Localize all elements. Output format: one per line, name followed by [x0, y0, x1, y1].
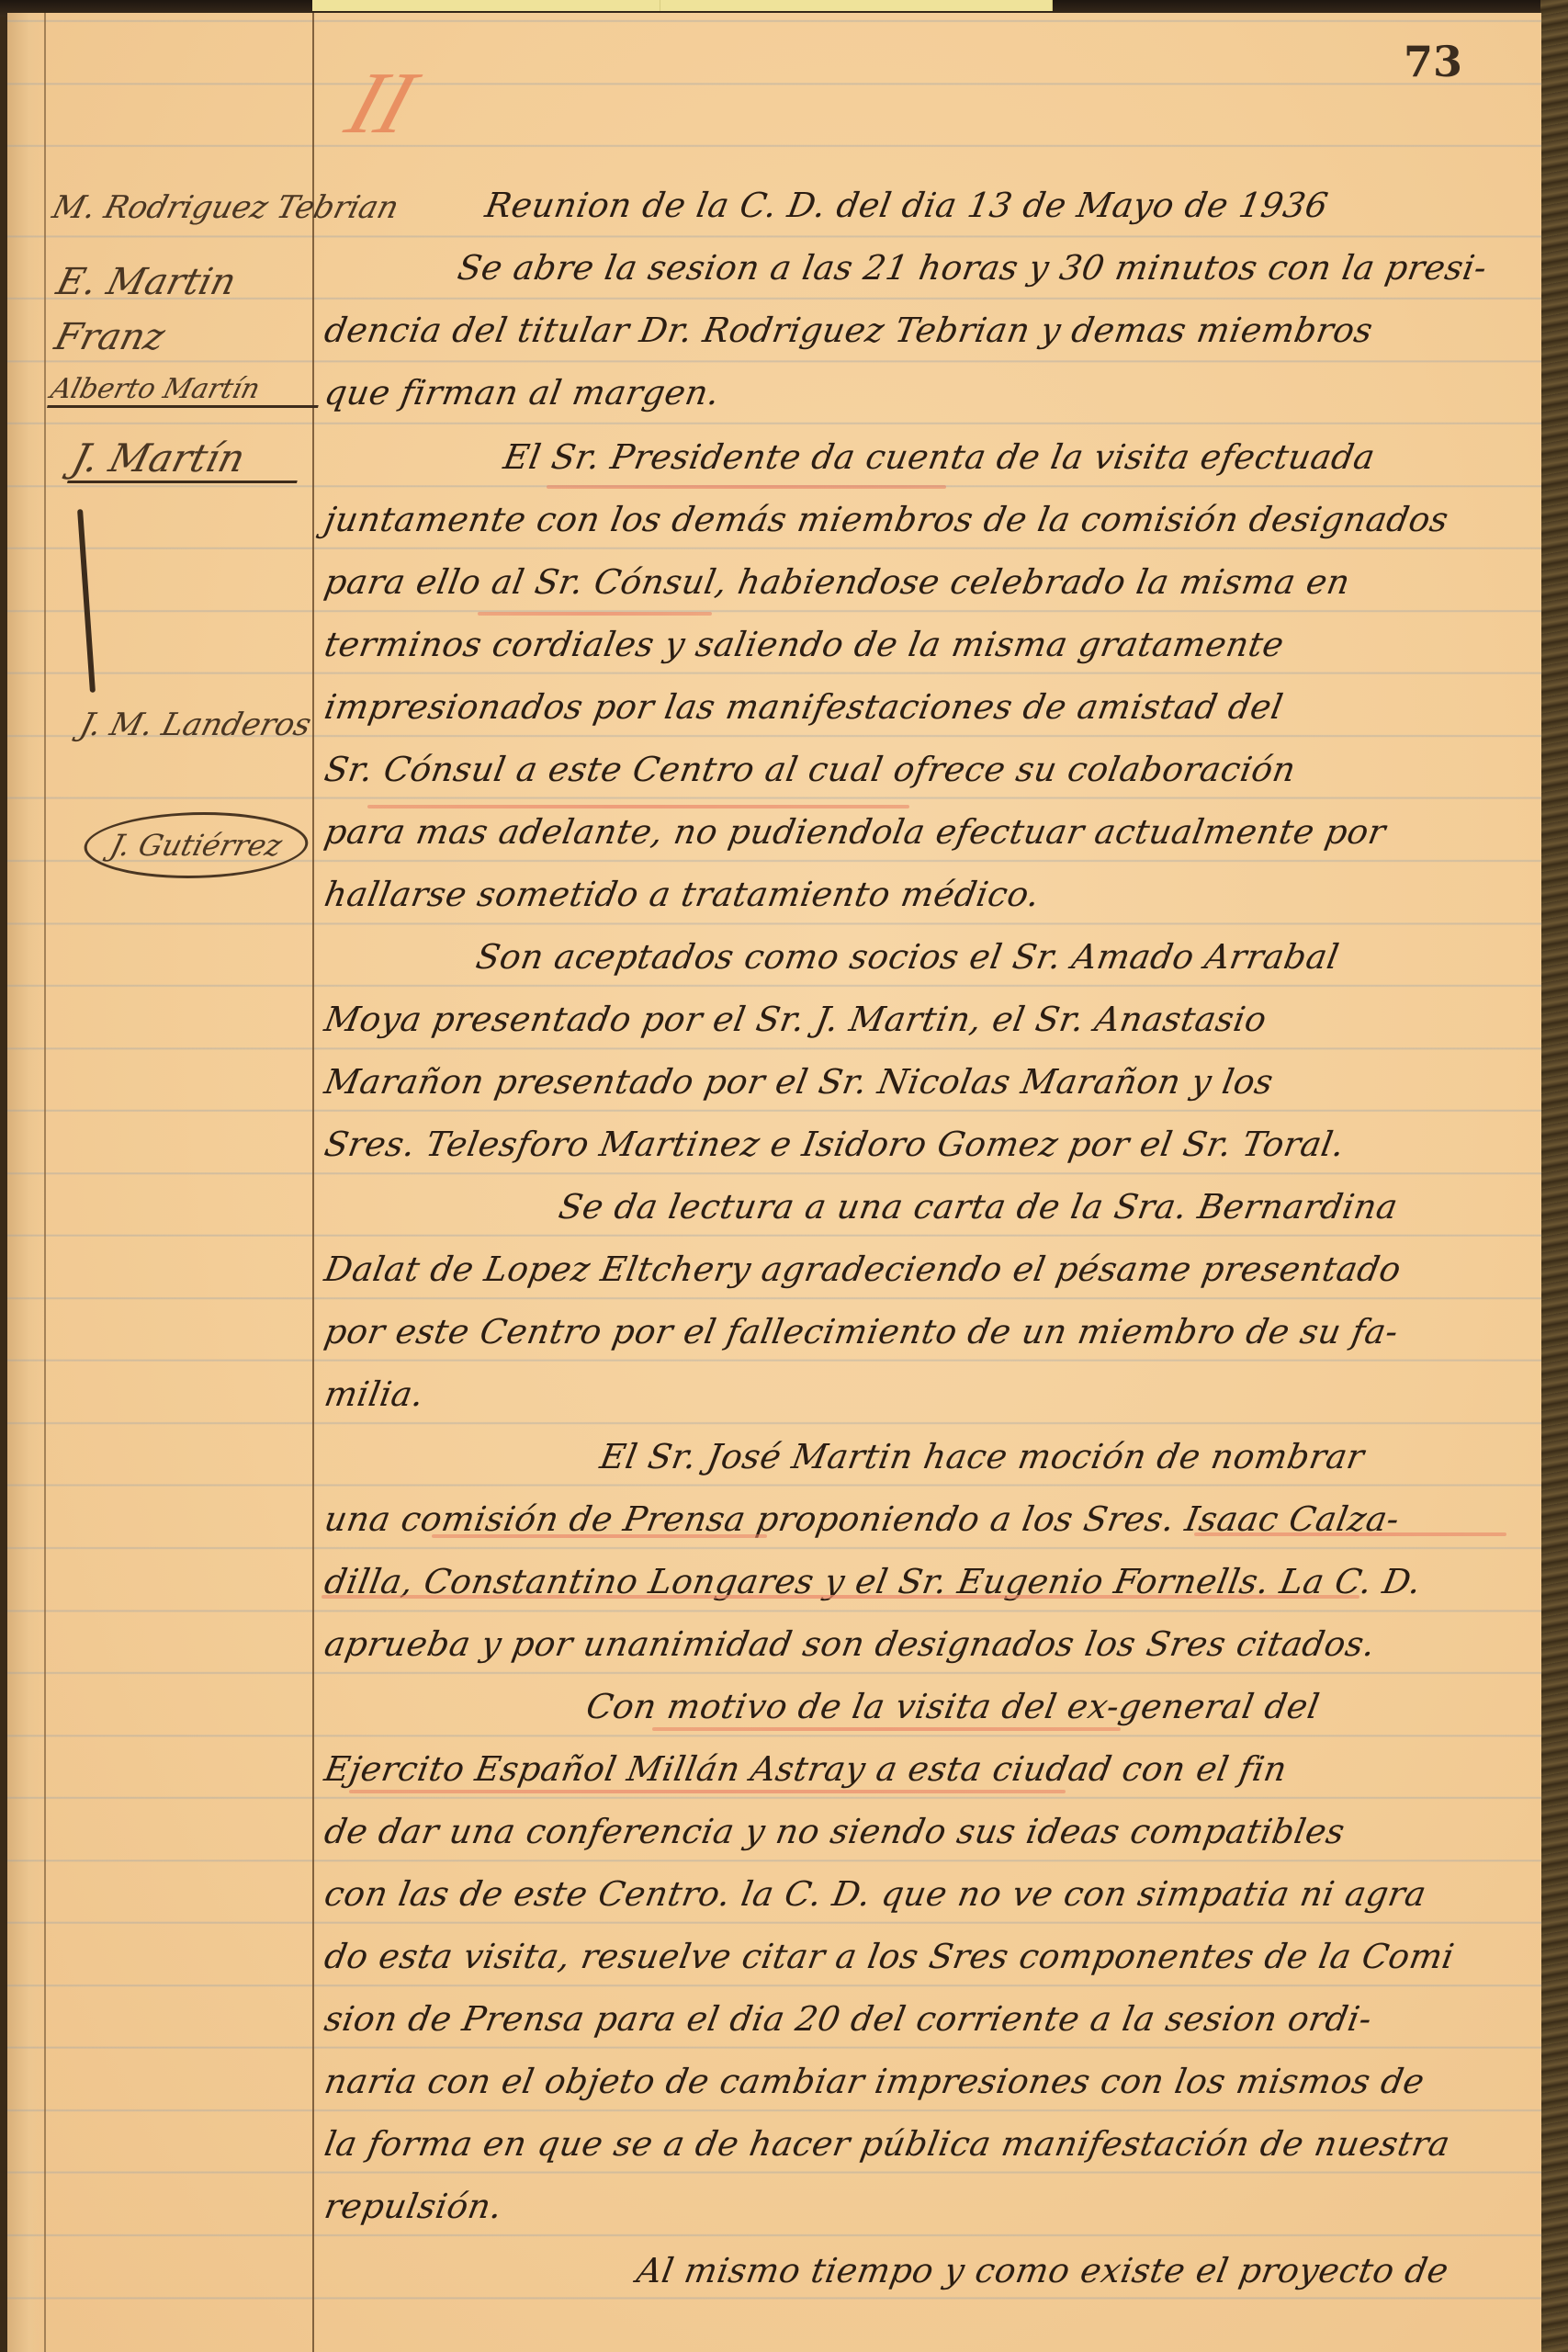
signature: J. M. Landeros — [76, 707, 315, 743]
minutes-line: naria con el objeto de cambiar impresion… — [321, 2062, 1427, 2101]
red-underline — [367, 805, 909, 808]
signature: E. Martin — [52, 261, 241, 303]
page-number: 73 — [1404, 37, 1462, 86]
minutes-line: Sr. Cónsul a este Centro al cual ofrece … — [321, 750, 1299, 789]
red-underline — [547, 485, 946, 489]
minutes-line: El Sr. Presidente da cuenta de la visita… — [501, 437, 1378, 477]
page-tab-left — [312, 0, 660, 11]
minutes-line: El Sr. José Martin hace moción de nombra… — [597, 1437, 1368, 1476]
red-underline — [349, 1790, 1066, 1793]
red-underline — [432, 1534, 767, 1538]
minutes-line: repulsión. — [321, 2187, 505, 2226]
minutes-line: Marañon presentado por el Sr. Nicolas Ma… — [321, 1062, 1277, 1102]
minutes-line: Se abre la sesion a las 21 horas y 30 mi… — [455, 248, 1490, 288]
minutes-line: la forma en que se a de hacer pública ma… — [321, 2124, 1453, 2164]
red-underline — [652, 1727, 1121, 1731]
red-underline — [1194, 1532, 1506, 1536]
minutes-line: de dar una conferencia y no siendo sus i… — [321, 1812, 1348, 1851]
minutes-line: Se da lectura a una carta de la Sra. Ber… — [556, 1187, 1401, 1227]
minutes-line: aprueba y por unanimidad son designados … — [321, 1624, 1379, 1664]
minutes-line: Ejercito Español Millán Astray a esta ci… — [321, 1749, 1290, 1789]
minutes-line: hallarse sometido a tratamiento médico. — [321, 875, 1043, 914]
signature: J. Martín — [67, 435, 309, 483]
minutes-line: con las de este Centro. la C. D. que no … — [321, 1874, 1429, 1914]
minutes-line: que firman al margen. — [321, 373, 723, 413]
signature: Alberto Martín — [47, 373, 326, 408]
minutes-line: juntamente con los demás miembros de la … — [321, 500, 1451, 539]
minutes-line: Sres. Telesforo Martinez e Isidoro Gomez… — [321, 1125, 1348, 1164]
book-binding-edge — [1540, 0, 1568, 2352]
minutes-line: sion de Prensa para el dia 20 del corrie… — [321, 1999, 1375, 2039]
minutes-line: Son aceptados como socios el Sr. Amado A… — [473, 937, 1342, 977]
page-tab-right — [660, 0, 1053, 11]
minutes-line: Dalat de Lopez Eltchery agradeciendo el … — [321, 1249, 1404, 1289]
minutes-line: Al mismo tiempo y como existe el proyect… — [634, 2251, 1451, 2290]
minutes-line: por este Centro por el fallecimiento de … — [321, 1312, 1402, 1351]
minutes-line: para ello al Sr. Cónsul, habiendose cele… — [321, 562, 1353, 602]
minutes-line: impresionados por las manifestaciones de… — [321, 687, 1286, 727]
minutes-line: do esta visita, resuelve citar a los Sre… — [321, 1937, 1457, 1976]
minutes-line: dencia del titular Dr. Rodriguez Tebrian… — [321, 311, 1376, 350]
signature: M. Rodriguez Tebrian — [49, 189, 402, 226]
ledger-page: 73 II M. Rodriguez Tebrian E. Martin Fra… — [7, 13, 1541, 2352]
minutes-line: milia. — [321, 1374, 427, 1414]
margin-rule-line — [312, 13, 314, 2352]
minutes-line: Con motivo de la visita del ex-general d… — [583, 1687, 1323, 1726]
signature: Franz — [51, 316, 169, 358]
minutes-heading: Reunion de la C. D. del dia 13 de Mayo d… — [482, 186, 1331, 225]
red-underline — [321, 1595, 1359, 1599]
red-underline — [478, 612, 712, 616]
minutes-line: para mas adelante, no pudiendola efectua… — [321, 812, 1389, 852]
minutes-line: terminos cordiales y saliendo de la mism… — [321, 625, 1287, 664]
left-rule-line — [44, 13, 46, 2352]
minutes-line: Moya presentado por el Sr. J. Martin, el… — [321, 1000, 1269, 1039]
